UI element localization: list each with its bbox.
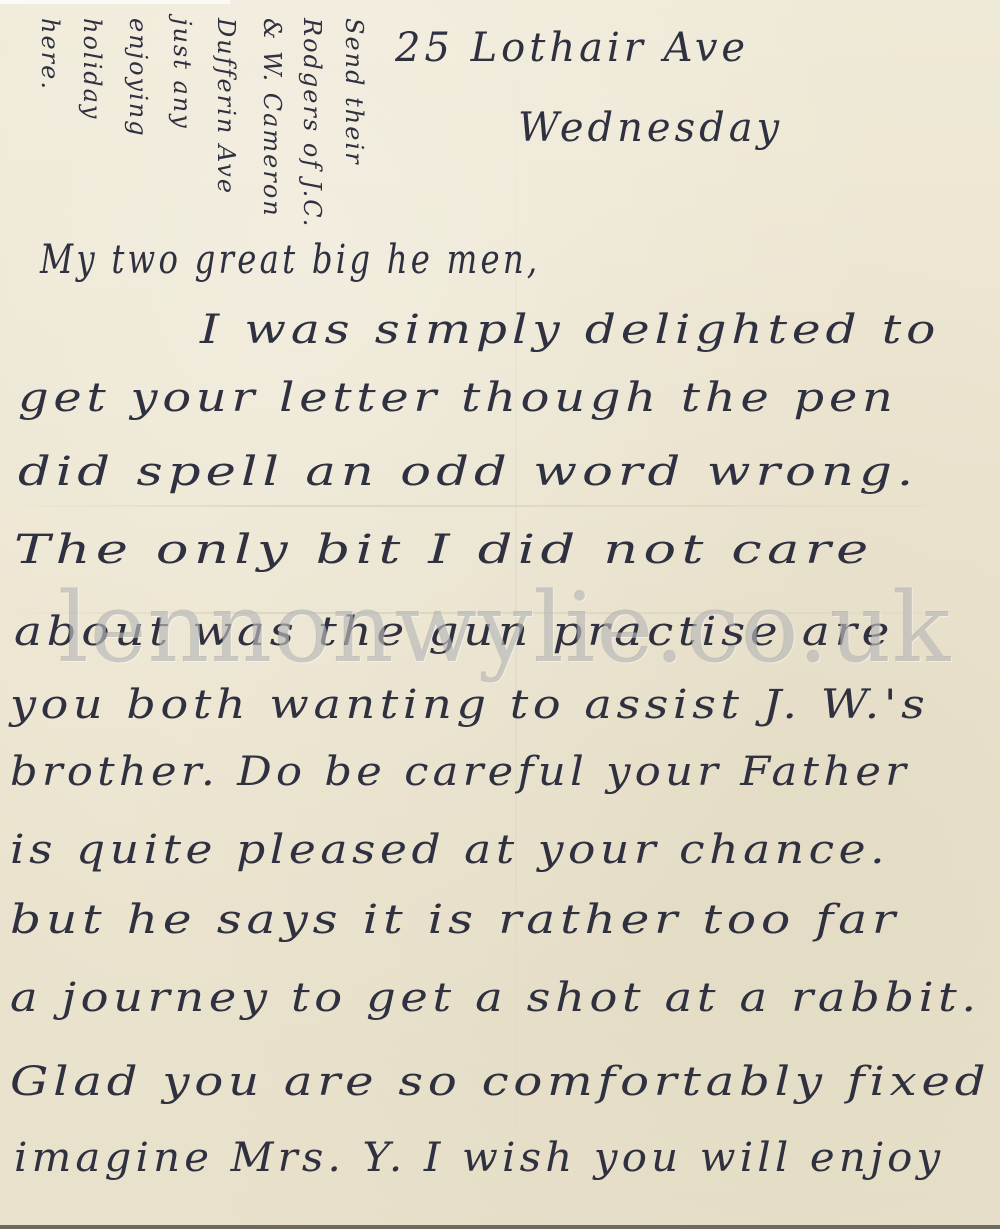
letter-line: The only bit I did not care (14, 530, 874, 570)
letter-line: but he says it is rather too far (10, 900, 900, 940)
letter-line: get your letter though the pen (18, 378, 898, 418)
letter-date: Wednesday (518, 108, 783, 148)
scan-edge (0, 0, 230, 4)
letter-line: imagine Mrs. Y. I wish you will enjoy (14, 1138, 944, 1178)
letter-line: a journey to get a shot at a rabbit. (10, 978, 981, 1018)
margin-note: Send their Rodgers of J.C. & W. Cameron … (40, 8, 370, 208)
margin-note-line: Send their (340, 18, 368, 166)
margin-note-line: Rodgers of J.C. (298, 18, 326, 228)
letter-page: Send their Rodgers of J.C. & W. Cameron … (0, 0, 1000, 1229)
letter-line: did spell an odd word wrong. (18, 452, 918, 492)
margin-note-line: & W. Cameron (258, 18, 286, 218)
watermark: lennonwylie.co.uk (58, 572, 951, 684)
letter-line: is quite pleased at your chance. (10, 830, 889, 870)
margin-note-line: holiday (78, 18, 106, 121)
margin-note-line: enjoying (124, 18, 152, 138)
paper-fold (0, 505, 1000, 507)
letter-line: Glad you are so comfortably fixed (10, 1062, 990, 1102)
margin-note-line: Dufferin Ave (212, 18, 240, 195)
letter-line: brother. Do be careful your Father (10, 752, 910, 792)
scan-edge (0, 1225, 1000, 1229)
letter-line: I was simply delighted to (200, 310, 940, 350)
margin-note-line: just any (168, 18, 196, 130)
letter-salutation: My two great big he men, (40, 240, 540, 280)
letter-line: you both wanting to assist J. W.'s (10, 685, 929, 725)
margin-note-line: here. (36, 18, 64, 91)
letter-address: 25 Lothair Ave (395, 28, 749, 68)
